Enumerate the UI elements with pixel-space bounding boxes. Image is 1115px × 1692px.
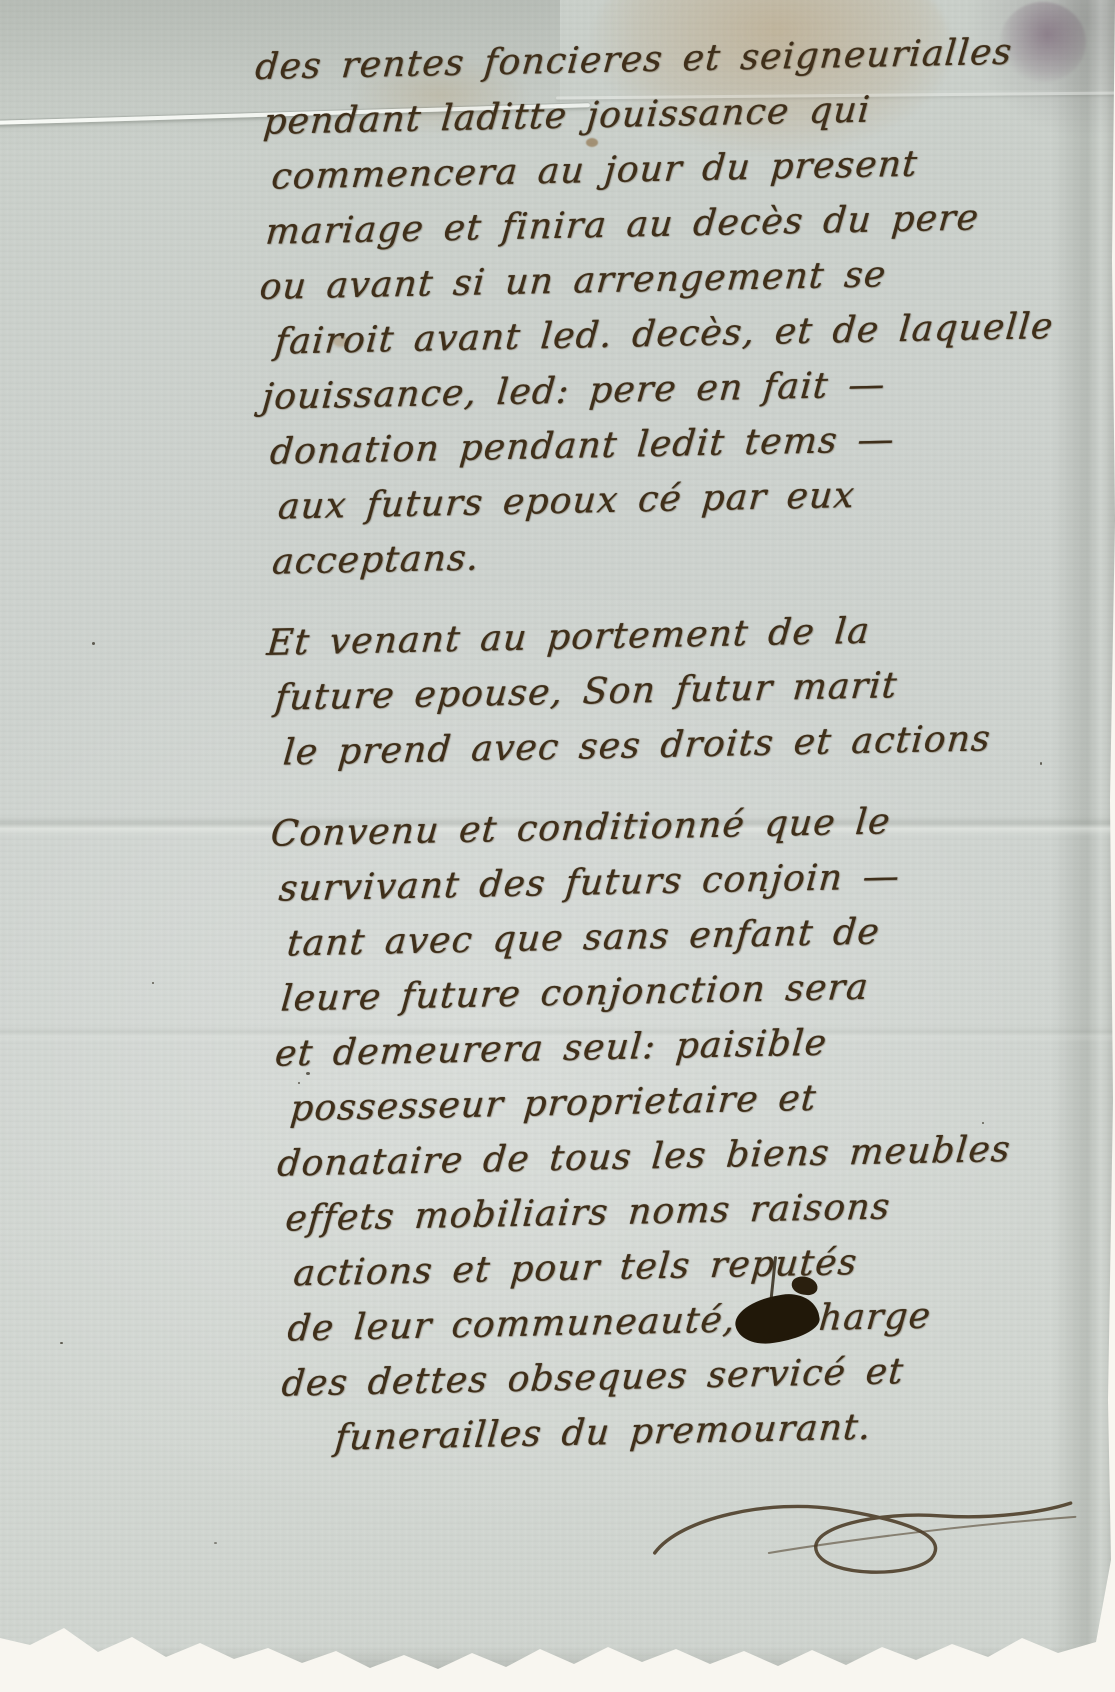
paper-speck [214, 1542, 217, 1544]
paper-speck [152, 982, 154, 984]
paragraph: Convenu et conditionné que lesurvivant d… [267, 790, 1115, 1467]
signature-flourish [645, 1467, 1080, 1601]
manuscript-page: des rentes foncieres et seigneuriallespe… [0, 0, 1115, 1692]
handwritten-text-block: des rentes foncieres et seigneuriallespe… [252, 23, 1115, 1493]
paragraph: Et venant au portement de lafuture epous… [264, 599, 1107, 781]
deckle-edge-shadow [0, 1646, 1115, 1692]
paragraph: des rentes foncieres et seigneuriallespe… [252, 23, 1103, 590]
paper-speck [92, 642, 95, 645]
paper-speck [60, 1342, 63, 1344]
scan-background: des rentes foncieres et seigneuriallespe… [0, 0, 1115, 1692]
